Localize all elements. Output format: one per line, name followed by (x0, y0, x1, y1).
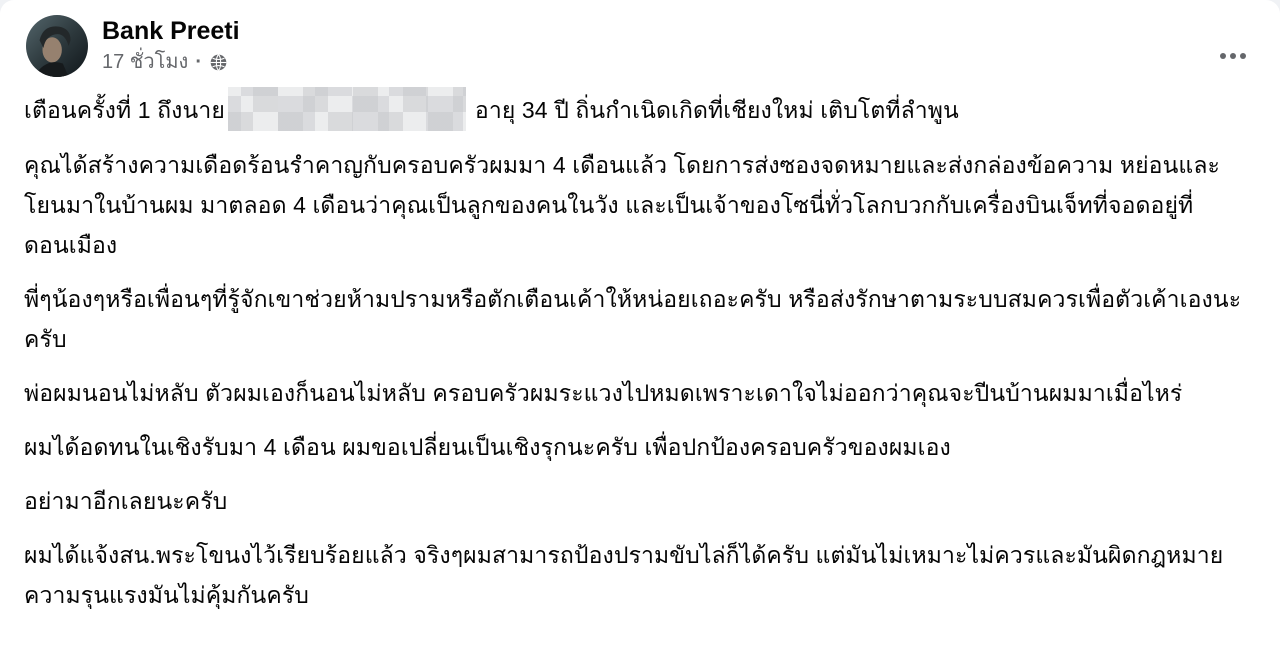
profile-avatar[interactable] (26, 15, 88, 77)
post-paragraphs: คุณได้สร้างความเดือดร้อนรำคาญกับครอบครัว… (24, 145, 1256, 615)
globe-privacy-icon (209, 53, 228, 72)
timestamp[interactable]: 17 ชั่วโมง (102, 50, 188, 74)
intro-text-before: เตือนครั้งที่ 1 ถึงนาย (24, 97, 225, 123)
ellipsis-icon (1240, 53, 1246, 59)
meta-separator: · (195, 50, 202, 74)
facebook-post-card: Bank Preeti 17 ชั่วโมง · (0, 0, 1280, 671)
post-paragraph: ผมได้แจ้งสน.พระโขนงไว้เรียบร้อยแล้ว จริง… (24, 535, 1256, 615)
post-paragraph-intro: เตือนครั้งที่ 1 ถึงนายอายุ 34 ปี ถิ่นกำเ… (24, 87, 1256, 131)
censored-name-blur (228, 87, 466, 131)
post-paragraph: พ่อผมนอนไม่หลับ ตัวผมเองก็นอนไม่หลับ ครอ… (24, 373, 1256, 413)
post-content: เตือนครั้งที่ 1 ถึงนายอายุ 34 ปี ถิ่นกำเ… (0, 85, 1280, 615)
header-text: Bank Preeti 17 ชั่วโมง · (102, 15, 240, 74)
post-meta: 17 ชั่วโมง · (102, 50, 240, 74)
post-paragraph: ผมได้อดทนในเชิงรับมา 4 เดือน ผมขอเปลี่ยน… (24, 427, 1256, 467)
post-options-button[interactable] (1212, 45, 1254, 67)
profile-photo (26, 15, 88, 77)
post-header: Bank Preeti 17 ชั่วโมง · (0, 0, 1280, 85)
post-paragraph: อย่ามาอีกเลยนะครับ (24, 481, 1256, 521)
post-paragraph: พี่ๆน้องๆหรือเพื่อนๆที่รู้จักเขาช่วยห้าม… (24, 279, 1256, 359)
intro-text-after: อายุ 34 ปี ถิ่นกำเนิดเกิดที่เชียงใหม่ เต… (475, 97, 959, 123)
ellipsis-icon (1230, 53, 1236, 59)
author-name[interactable]: Bank Preeti (102, 16, 240, 47)
ellipsis-icon (1220, 53, 1226, 59)
post-paragraph: คุณได้สร้างความเดือดร้อนรำคาญกับครอบครัว… (24, 145, 1256, 265)
